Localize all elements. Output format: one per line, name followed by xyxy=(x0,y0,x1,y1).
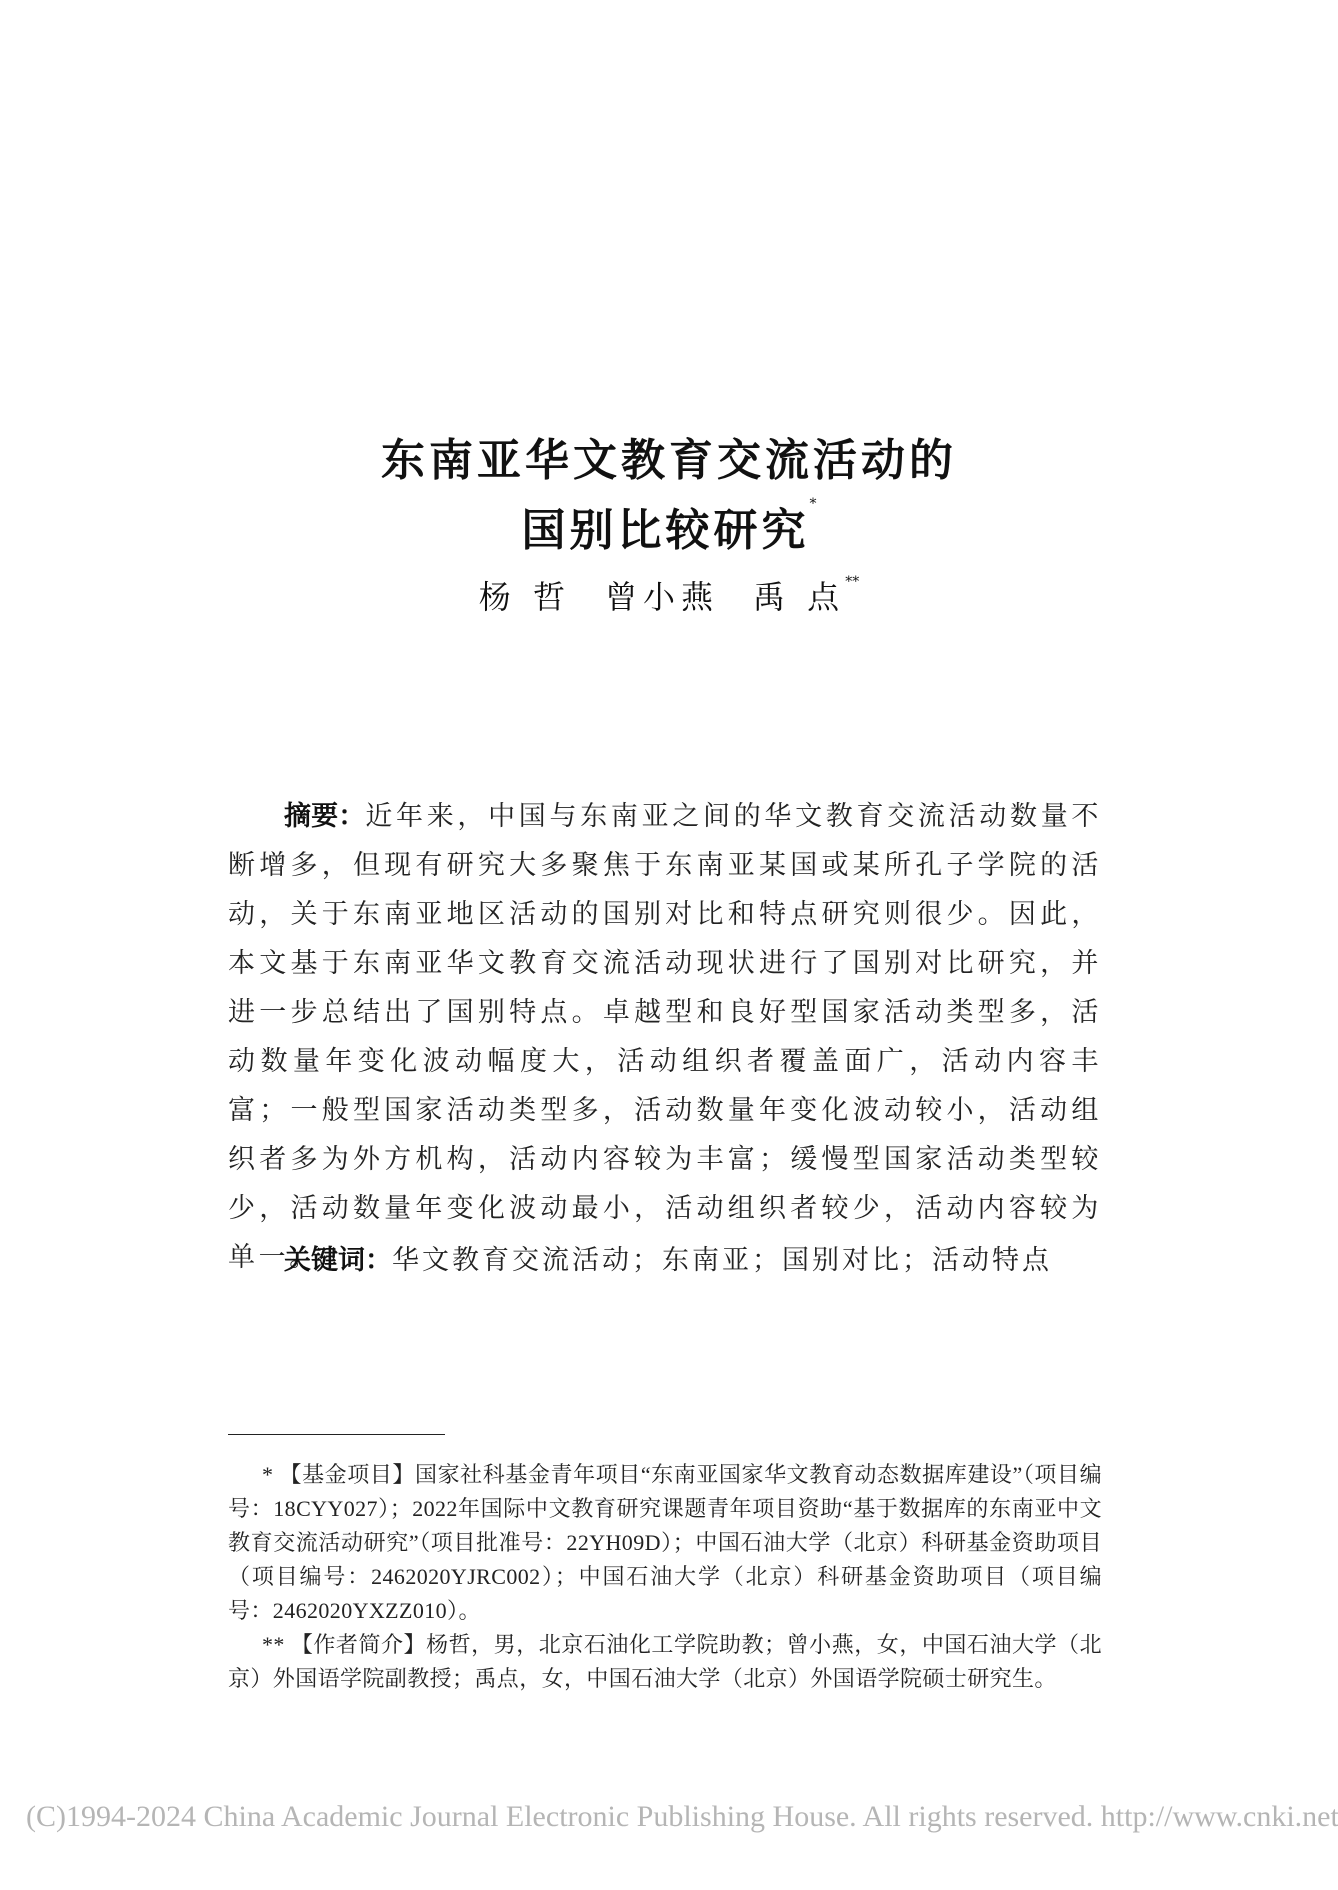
copyright-watermark: (C)1994-2024 China Academic Journal Elec… xyxy=(26,1800,1338,1834)
title-footnote-mark: * xyxy=(810,496,817,512)
keywords-text: 华文教育交流活动；东南亚；国别对比；活动特点 xyxy=(392,1245,1052,1276)
author-name: 曾小燕 xyxy=(605,578,719,616)
footnotes: * 【基金项目】国家社科基金青年项目“东南亚国家华文教育动态数据库建设”（项目编… xyxy=(228,1458,1102,1696)
footnote-label: 【作者简介】 xyxy=(291,1632,426,1657)
keywords: 关键词：华文教育交流活动；东南亚；国别对比；活动特点 xyxy=(284,1236,1104,1285)
footnote-label: 【基金项目】 xyxy=(280,1462,416,1487)
footnote-funding: * 【基金项目】国家社科基金青年项目“东南亚国家华文教育动态数据库建设”（项目编… xyxy=(228,1458,1102,1628)
abstract: 摘要：近年来，中国与东南亚之间的华文教育交流活动数量不断增多，但现有研究大多聚焦… xyxy=(228,792,1102,1282)
title-text: 东南亚华文教育交流活动的 xyxy=(381,435,957,486)
title-text: 国别比较研究 xyxy=(522,505,810,556)
author-footnote-mark: ** xyxy=(845,574,859,590)
paper-title-line-2: 国别比较研究* xyxy=(0,494,1338,558)
abstract-label: 摘要： xyxy=(284,801,365,832)
author-list: 杨 哲曾小燕禹 点** xyxy=(0,572,1338,618)
abstract-text: 近年来，中国与东南亚之间的华文教育交流活动数量不断增多，但现有研究大多聚焦于东南… xyxy=(228,801,1102,1273)
footnote-mark: * xyxy=(262,1462,273,1487)
paper-title-line-1: 东南亚华文教育交流活动的 xyxy=(0,424,1338,488)
footnote-mark: ** xyxy=(262,1632,285,1657)
author-name: 杨 哲 xyxy=(479,578,571,616)
footnote-author-bio: ** 【作者简介】杨哲，男，北京石油化工学院助教；曾小燕，女，中国石油大学（北京… xyxy=(228,1628,1102,1696)
keywords-label: 关键词： xyxy=(284,1245,392,1276)
author-name: 禹 点 xyxy=(753,578,845,616)
footnote-divider xyxy=(228,1434,445,1435)
